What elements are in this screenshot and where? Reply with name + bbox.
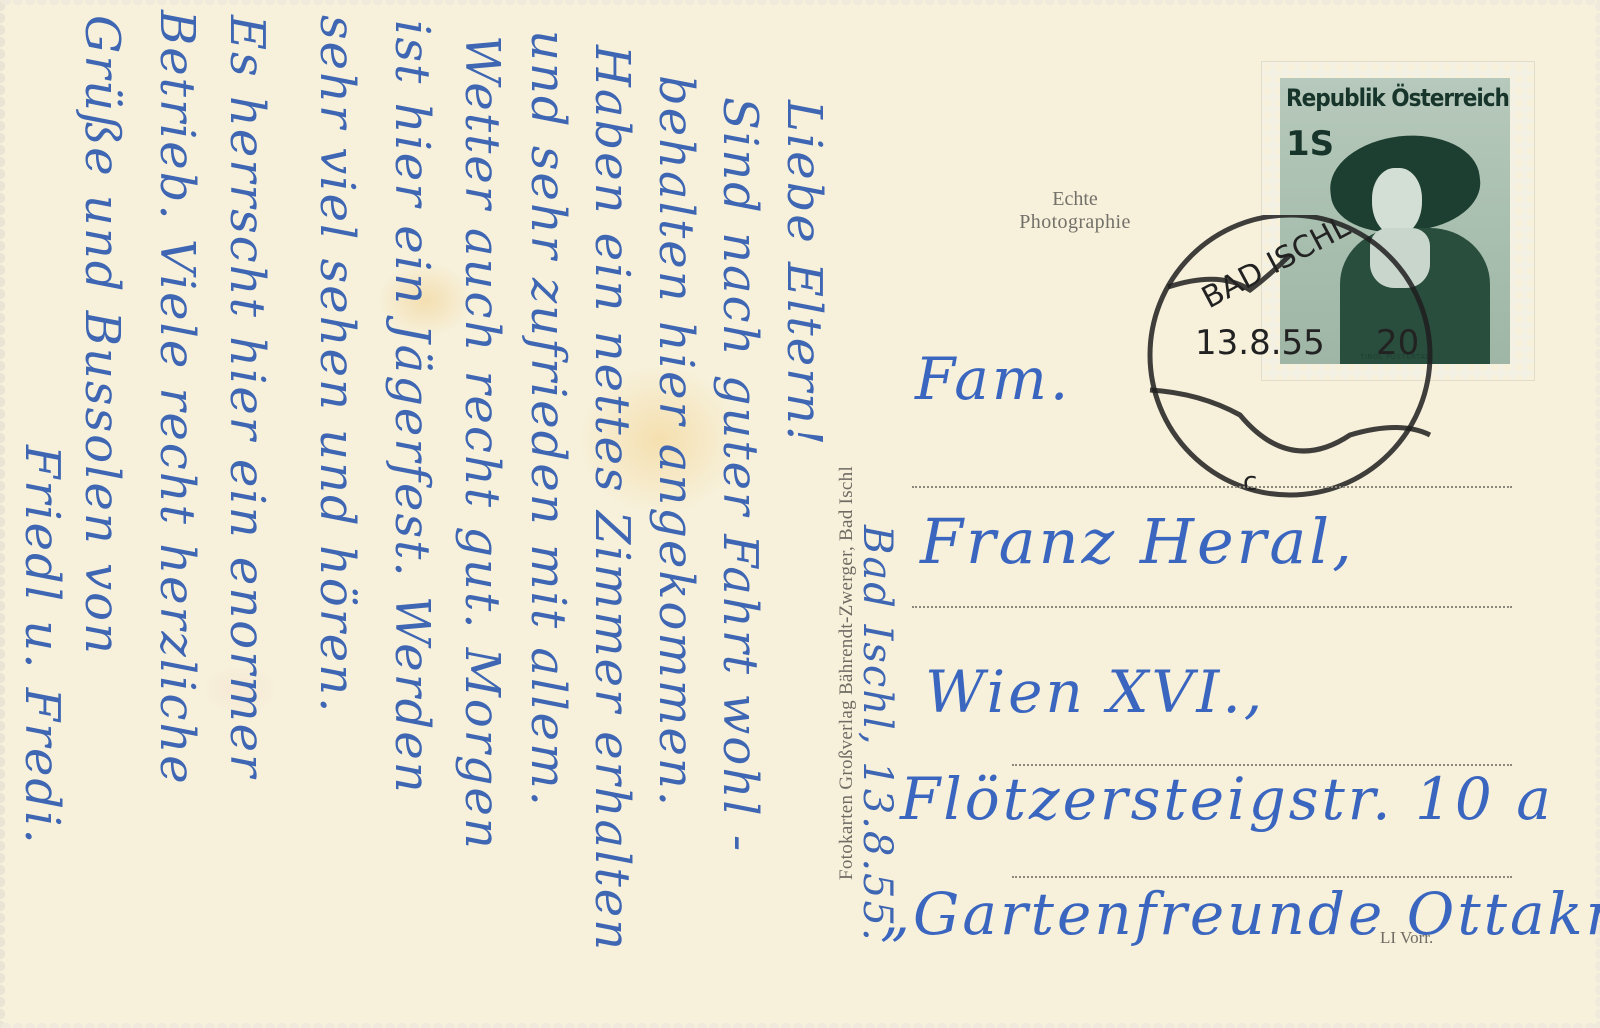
deckle-edge-right (1592, 0, 1600, 1028)
photo-label-line1: Echte (990, 188, 1160, 211)
postmark-hour: 20 (1376, 323, 1419, 363)
postmark: BAD ISCHL 13.8.55 20 c (1140, 215, 1440, 515)
postmark-date: 13.8.55 (1195, 323, 1325, 363)
message-line: ist hier ein Jägerfest. Werden (384, 20, 440, 795)
postcard-back: Liebe Eltern! Sind nach guter Fahrt wohl… (0, 0, 1600, 1028)
address-line-extra: „Gartenfreunde Ottakring“ (880, 880, 1600, 948)
message-line: und sehr zufrieden mit allem. (520, 30, 576, 808)
postmark-letter: c (1243, 467, 1257, 497)
address-rule (1012, 876, 1512, 878)
handwritten-message: Liebe Eltern! Sind nach guter Fahrt wohl… (20, 85, 920, 895)
address-line-name: Franz Heral, (920, 505, 1355, 578)
deckle-edge-left (0, 0, 10, 1028)
message-line: Betrieb. Viele recht herzliche (149, 10, 205, 786)
message-line: behalten hier angekommen. (648, 75, 704, 808)
address-line-street: Flötzersteigstr. 10 a (900, 765, 1554, 833)
deckle-edge-top (0, 0, 1600, 8)
message-line: Es herrscht hier ein enormer (219, 15, 275, 779)
message-line: Wetter auch recht gut. Morgen (454, 35, 510, 851)
message-line: Sind nach guter Fahrt wohl - (712, 97, 768, 853)
message-line: Haben ein nettes Zimmer erhalten (584, 45, 640, 952)
address-line-city: Wien XVI., (925, 658, 1265, 726)
message-line: Friedl u. Fredi. (14, 445, 70, 846)
address-line-salutation: Fam. (915, 345, 1071, 413)
stamp-value: 1S (1286, 124, 1334, 164)
publisher-credit: Fotokarten Großverlag Bährendt-Zwerger, … (836, 466, 858, 880)
photo-label-line2: Photographie (990, 211, 1160, 234)
message-line: Liebe Eltern! (776, 100, 832, 447)
address-rule (912, 606, 1512, 608)
message-line: sehr viel sehen und hören. (309, 15, 365, 714)
printer-mark: LI Vorr. (1380, 928, 1433, 948)
deckle-edge-bottom (0, 1020, 1600, 1028)
photo-label: Echte Photographie (990, 188, 1160, 234)
message-line: Grüße und Bussolen von (74, 15, 130, 656)
stamp-country: Republik Österreich (1286, 84, 1506, 112)
address-rule (912, 486, 1512, 488)
